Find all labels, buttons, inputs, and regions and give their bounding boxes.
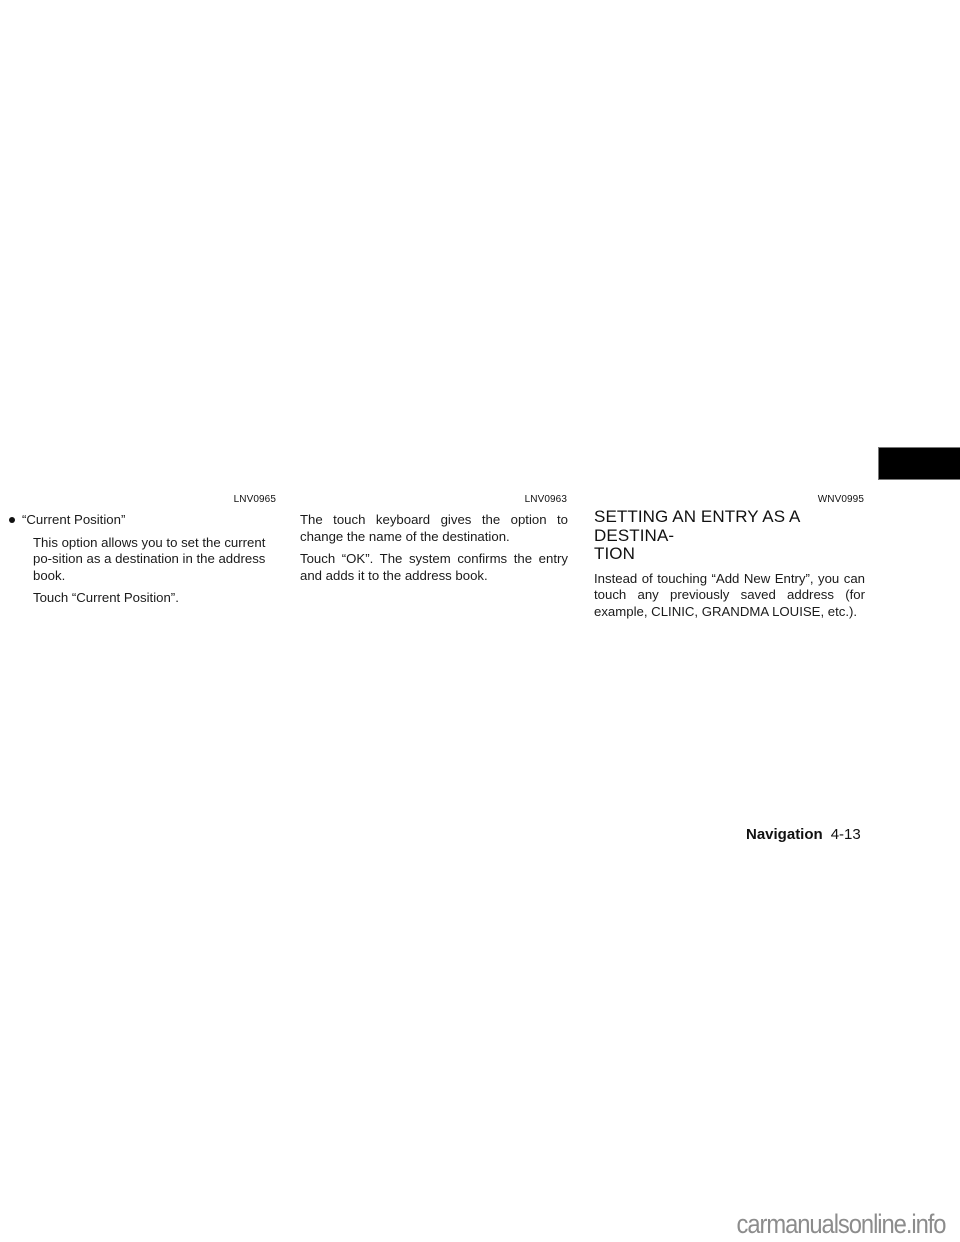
watermark: carmanualsonline.info <box>736 1209 945 1240</box>
column-3: SETTING AN ENTRY AS A DESTINA- TION Inst… <box>594 508 865 620</box>
column-2: The touch keyboard gives the option to c… <box>300 512 568 590</box>
paragraph: This option allows you to set the curren… <box>33 535 277 585</box>
footer-section-name: Navigation <box>746 826 823 843</box>
page-number: 4-13 <box>831 826 861 843</box>
section-heading-line-2: TION <box>594 544 635 563</box>
bullet-item-current-position: “Current Position” <box>9 512 277 529</box>
paragraph: The touch keyboard gives the option to c… <box>300 512 568 545</box>
paragraph: Instead of touching “Add New Entry”, you… <box>594 571 865 621</box>
figure-ref-1: LNV0965 <box>200 494 276 505</box>
figure-ref-2: LNV0963 <box>490 494 567 505</box>
chapter-tab-marker <box>878 447 960 480</box>
paragraph: Touch “OK”. The system confirms the entr… <box>300 551 568 584</box>
section-heading-line-1: SETTING AN ENTRY AS A DESTINA- <box>594 507 800 545</box>
section-heading: SETTING AN ENTRY AS A DESTINA- TION <box>594 508 865 564</box>
column-1: “Current Position” This option allows yo… <box>9 512 277 613</box>
bullet-item-label: “Current Position” <box>22 512 125 527</box>
paragraph: Touch “Current Position”. <box>33 590 277 607</box>
page-footer: Navigation4-13 <box>746 826 861 843</box>
figure-ref-3: WNV0995 <box>787 494 864 505</box>
bullet-icon <box>9 517 15 523</box>
